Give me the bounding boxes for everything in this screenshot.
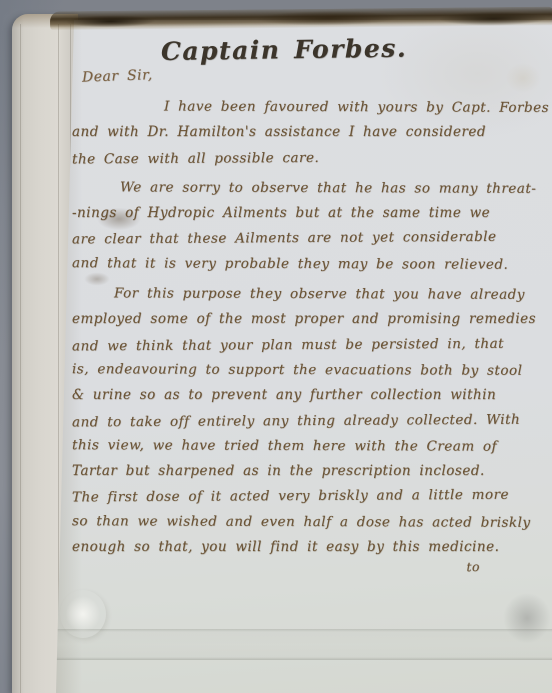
handwritten-line: and we think that your plan must be pers… — [72, 331, 542, 359]
handwritten-line: the Case with all possible care. — [72, 144, 542, 172]
paragraph: For this purpose they observe that you h… — [72, 282, 542, 560]
handwritten-line: are clear that these Ailments are not ye… — [72, 225, 542, 253]
handwritten-line: We are sorry to observe that he has so m… — [72, 175, 542, 202]
scan-background: Captain Forbes. Dear Sir, I have been fa… — [0, 0, 552, 693]
letter-heading: Captain Forbes. — [72, 31, 542, 70]
paper-crease-band — [56, 629, 552, 660]
handwritten-line: I have been favoured with yours by Capt.… — [72, 94, 542, 121]
handwritten-line: and with Dr. Hamilton's assistance I hav… — [72, 120, 542, 145]
handwritten-line: this view, we have tried them here with … — [72, 433, 542, 460]
paragraph: I have been favoured with yours by Capt.… — [72, 95, 542, 171]
handwritten-line: and to take off entirely any thing alrea… — [72, 407, 542, 435]
handwritten-line: For this purpose they observe that you h… — [72, 281, 542, 308]
letter-text: Captain Forbes. Dear Sir, I have been fa… — [72, 32, 542, 580]
handwritten-line: so than we wished and even half a dose h… — [72, 509, 542, 536]
catchword: to — [72, 556, 542, 584]
handwritten-line: & urine so as to prevent any further col… — [72, 383, 542, 408]
handwritten-line: The first dose of it acted very briskly … — [72, 483, 542, 511]
page-edge-line — [20, 24, 21, 693]
handwritten-line: is, endeavouring to support the evacuati… — [72, 357, 542, 384]
handwritten-line: employed some of the most proper and pro… — [72, 307, 542, 332]
paragraph: We are sorry to observe that he has so m… — [72, 176, 542, 277]
salutation: Dear Sir, — [82, 64, 173, 87]
handwritten-line: Tartar but sharpened as in the prescript… — [72, 459, 542, 484]
handwritten-line: and that it is very probable they may be… — [72, 251, 542, 278]
